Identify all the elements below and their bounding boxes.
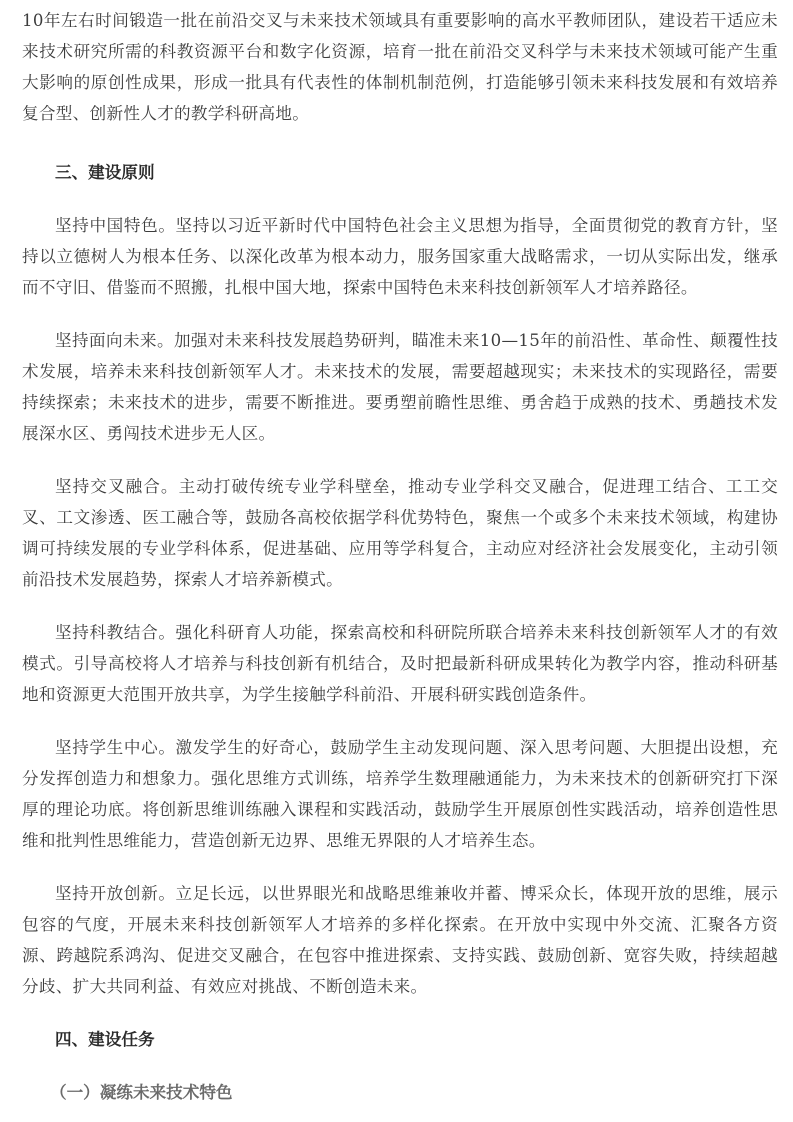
principle-paragraph: 坚持中国特色。坚持以习近平新时代中国特色社会主义思想为指导，全面贯彻党的教育方针…	[22, 210, 778, 303]
principle-paragraph: 坚持面向未来。加强对未来科技发展趋势研判，瞄准未来10—15年的前沿性、革命性、…	[22, 325, 778, 449]
principle-paragraph: 坚持学生中心。激发学生的好奇心，鼓励学生主动发现问题、深入思考问题、大胆提出设想…	[22, 732, 778, 856]
section-heading-principles: 三、建设原则	[22, 157, 778, 188]
subsection-heading: （一）凝练未来技术特色	[22, 1077, 778, 1108]
principle-paragraph: 坚持交叉融合。主动打破传统专业学科壁垒，推动专业学科交叉融合，促进理工结合、工工…	[22, 471, 778, 595]
document-page: 10年左右时间锻造一批在前沿交叉与未来技术领域具有重要影响的高水平教师团队，建设…	[22, 5, 778, 1108]
principle-paragraph: 坚持开放创新。立足长远，以世界眼光和战略思维兼收并蓄、博采众长，体现开放的思维，…	[22, 878, 778, 1002]
intro-paragraph: 10年左右时间锻造一批在前沿交叉与未来技术领域具有重要影响的高水平教师团队，建设…	[22, 5, 778, 129]
section-heading-tasks: 四、建设任务	[22, 1024, 778, 1055]
principle-paragraph: 坚持科教结合。强化科研育人功能，探索高校和科研院所联合培养未来科技创新领军人才的…	[22, 617, 778, 710]
